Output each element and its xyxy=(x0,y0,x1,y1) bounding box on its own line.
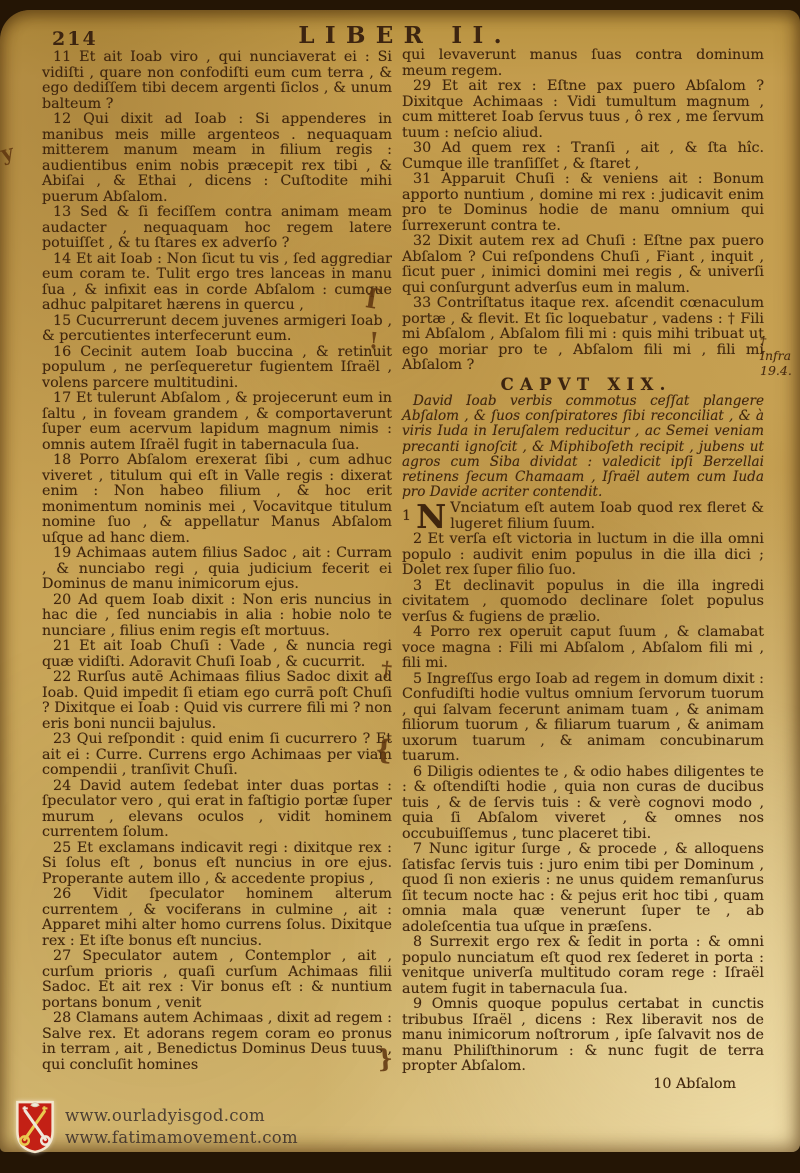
verse-paragraph: 21 Et ait Ioab Chuſi : Vade , & nuncia r… xyxy=(42,639,392,670)
marginal-note-line2: 19.4. xyxy=(760,363,800,378)
verse-paragraph: 22 Rurſus autē Achimaas filius Sadoc dix… xyxy=(42,670,392,732)
marginal-note-line1: † Infra xyxy=(760,333,800,363)
verses-29-33: 29 Et ait rex : Eſtne pax puero Abſalom … xyxy=(402,79,764,374)
verse-paragraph: 13 Sed & ſi feciſſem contra animam meam … xyxy=(42,205,392,252)
verse-paragraph: 18 Porro Abſalom erexerat ſibi , cum adh… xyxy=(42,453,392,546)
chapter-summary: David Ioab verbis commotus ceſſat plange… xyxy=(402,394,764,500)
verse-paragraph: 28 Clamans autem Achimaas , dixit ad reg… xyxy=(42,1011,392,1073)
verse-continuation: qui levaverunt manus ſuas contra dominum… xyxy=(402,48,764,79)
papal-keys-shield-icon xyxy=(14,1098,56,1154)
verse-paragraph: 15 Cucurrerunt decem juvenes armigeri Io… xyxy=(42,314,392,345)
running-header: LIBER II. xyxy=(0,22,800,49)
verse-paragraph: 17 Et tulerunt Abſalom , & projecerunt e… xyxy=(42,391,392,453)
verse-paragraph: 3 Et declinavit populus in die illa ingr… xyxy=(402,579,764,626)
drop-cap-letter: N xyxy=(416,502,446,531)
watermark: www.ourladyisgod.com www.fatimamovement.… xyxy=(14,1098,298,1154)
verse-paragraph: 11 Et ait Ioab viro , qui nunciaverat ei… xyxy=(42,50,392,112)
verse-paragraph: 26 Vidit ſpeculator hominem alterum curr… xyxy=(42,887,392,949)
marginal-note: † Infra 19.4. xyxy=(760,333,800,378)
chapter-heading: CAPVT XIX. xyxy=(402,377,764,393)
verse-paragraph: 2 Et verſa eſt victoria in luctum in die… xyxy=(402,532,764,579)
watermark-url: www.ourladyisgod.com xyxy=(65,1106,298,1125)
verse-paragraph: 8 Surrexit ergo rex & ſedit in porta : &… xyxy=(402,935,764,997)
verse-paragraph: 23 Qui reſpondit : quid enim ſi cucurrer… xyxy=(42,732,392,779)
verse-paragraph: 31 Apparuit Chuſi : & veniens ait : Bonu… xyxy=(402,172,764,234)
verse-paragraph: 25 Et exclamans indicavit regi : dixitqu… xyxy=(42,841,392,888)
verse-paragraph: 14 Et ait Ioab : Non ſicut tu vis , ſed … xyxy=(42,252,392,314)
verse-paragraph: 30 Ad quem rex : Tranſi , ait , & ſta hî… xyxy=(402,141,764,172)
verse-paragraph: 9 Omnis quoque populus certabat in cunct… xyxy=(402,997,764,1075)
verse-paragraph: 12 Qui dixit ad Ioab : Si appenderes in … xyxy=(42,112,392,205)
verse-1-dropcap: 1NVnciatum eſt autem Ioab quod rex flere… xyxy=(402,501,764,532)
verse-paragraph: 20 Ad quem Ioab dixit : Non eris nuncius… xyxy=(42,593,392,640)
verse-text: Vnciatum eſt autem Ioab quod rex fleret … xyxy=(450,500,764,532)
verse-paragraph: 24 David autem ſedebat inter duas portas… xyxy=(42,779,392,841)
verse-paragraph: 33 Contriſtatus itaque rex. aſcendit cœn… xyxy=(402,296,764,374)
verse-paragraph: 7 Nunc igitur ſurge , & procede , & allo… xyxy=(402,842,764,935)
left-column: 11 Et ait Ioab viro , qui nunciaverat ei… xyxy=(42,50,392,1073)
verse-paragraph: 6 Diligis odientes te , & odio habes dil… xyxy=(402,765,764,843)
verse-paragraph: 4 Porro rex operuit caput ſuum , & clama… xyxy=(402,625,764,672)
verse-paragraph: 32 Dixit autem rex ad Chuſi : Eſtne pax … xyxy=(402,234,764,296)
verse-paragraph: 16 Cecinit autem Ioab buccina , & retinu… xyxy=(42,345,392,392)
right-column: qui levaverunt manus ſuas contra dominum… xyxy=(402,48,764,1092)
verse-paragraph: 19 Achimaas autem filius Sadoc , ait : C… xyxy=(42,546,392,593)
catchword: 10 Abſalom xyxy=(402,1077,764,1093)
verse-paragraph: 27 Speculator autem , Contemplor , ait ,… xyxy=(42,949,392,1011)
verses-2-9: 2 Et verſa eſt victoria in luctum in die… xyxy=(402,532,764,1075)
watermark-url: www.fatimamovement.com xyxy=(65,1128,298,1147)
verse-number: 1 xyxy=(402,501,411,531)
watermark-urls: www.ourladyisgod.com www.fatimamovement.… xyxy=(65,1106,298,1147)
verse-paragraph: 5 Ingreſſus ergo Ioab ad regem in domum … xyxy=(402,672,764,765)
verse-paragraph: 29 Et ait rex : Eſtne pax puero Abſalom … xyxy=(402,79,764,141)
